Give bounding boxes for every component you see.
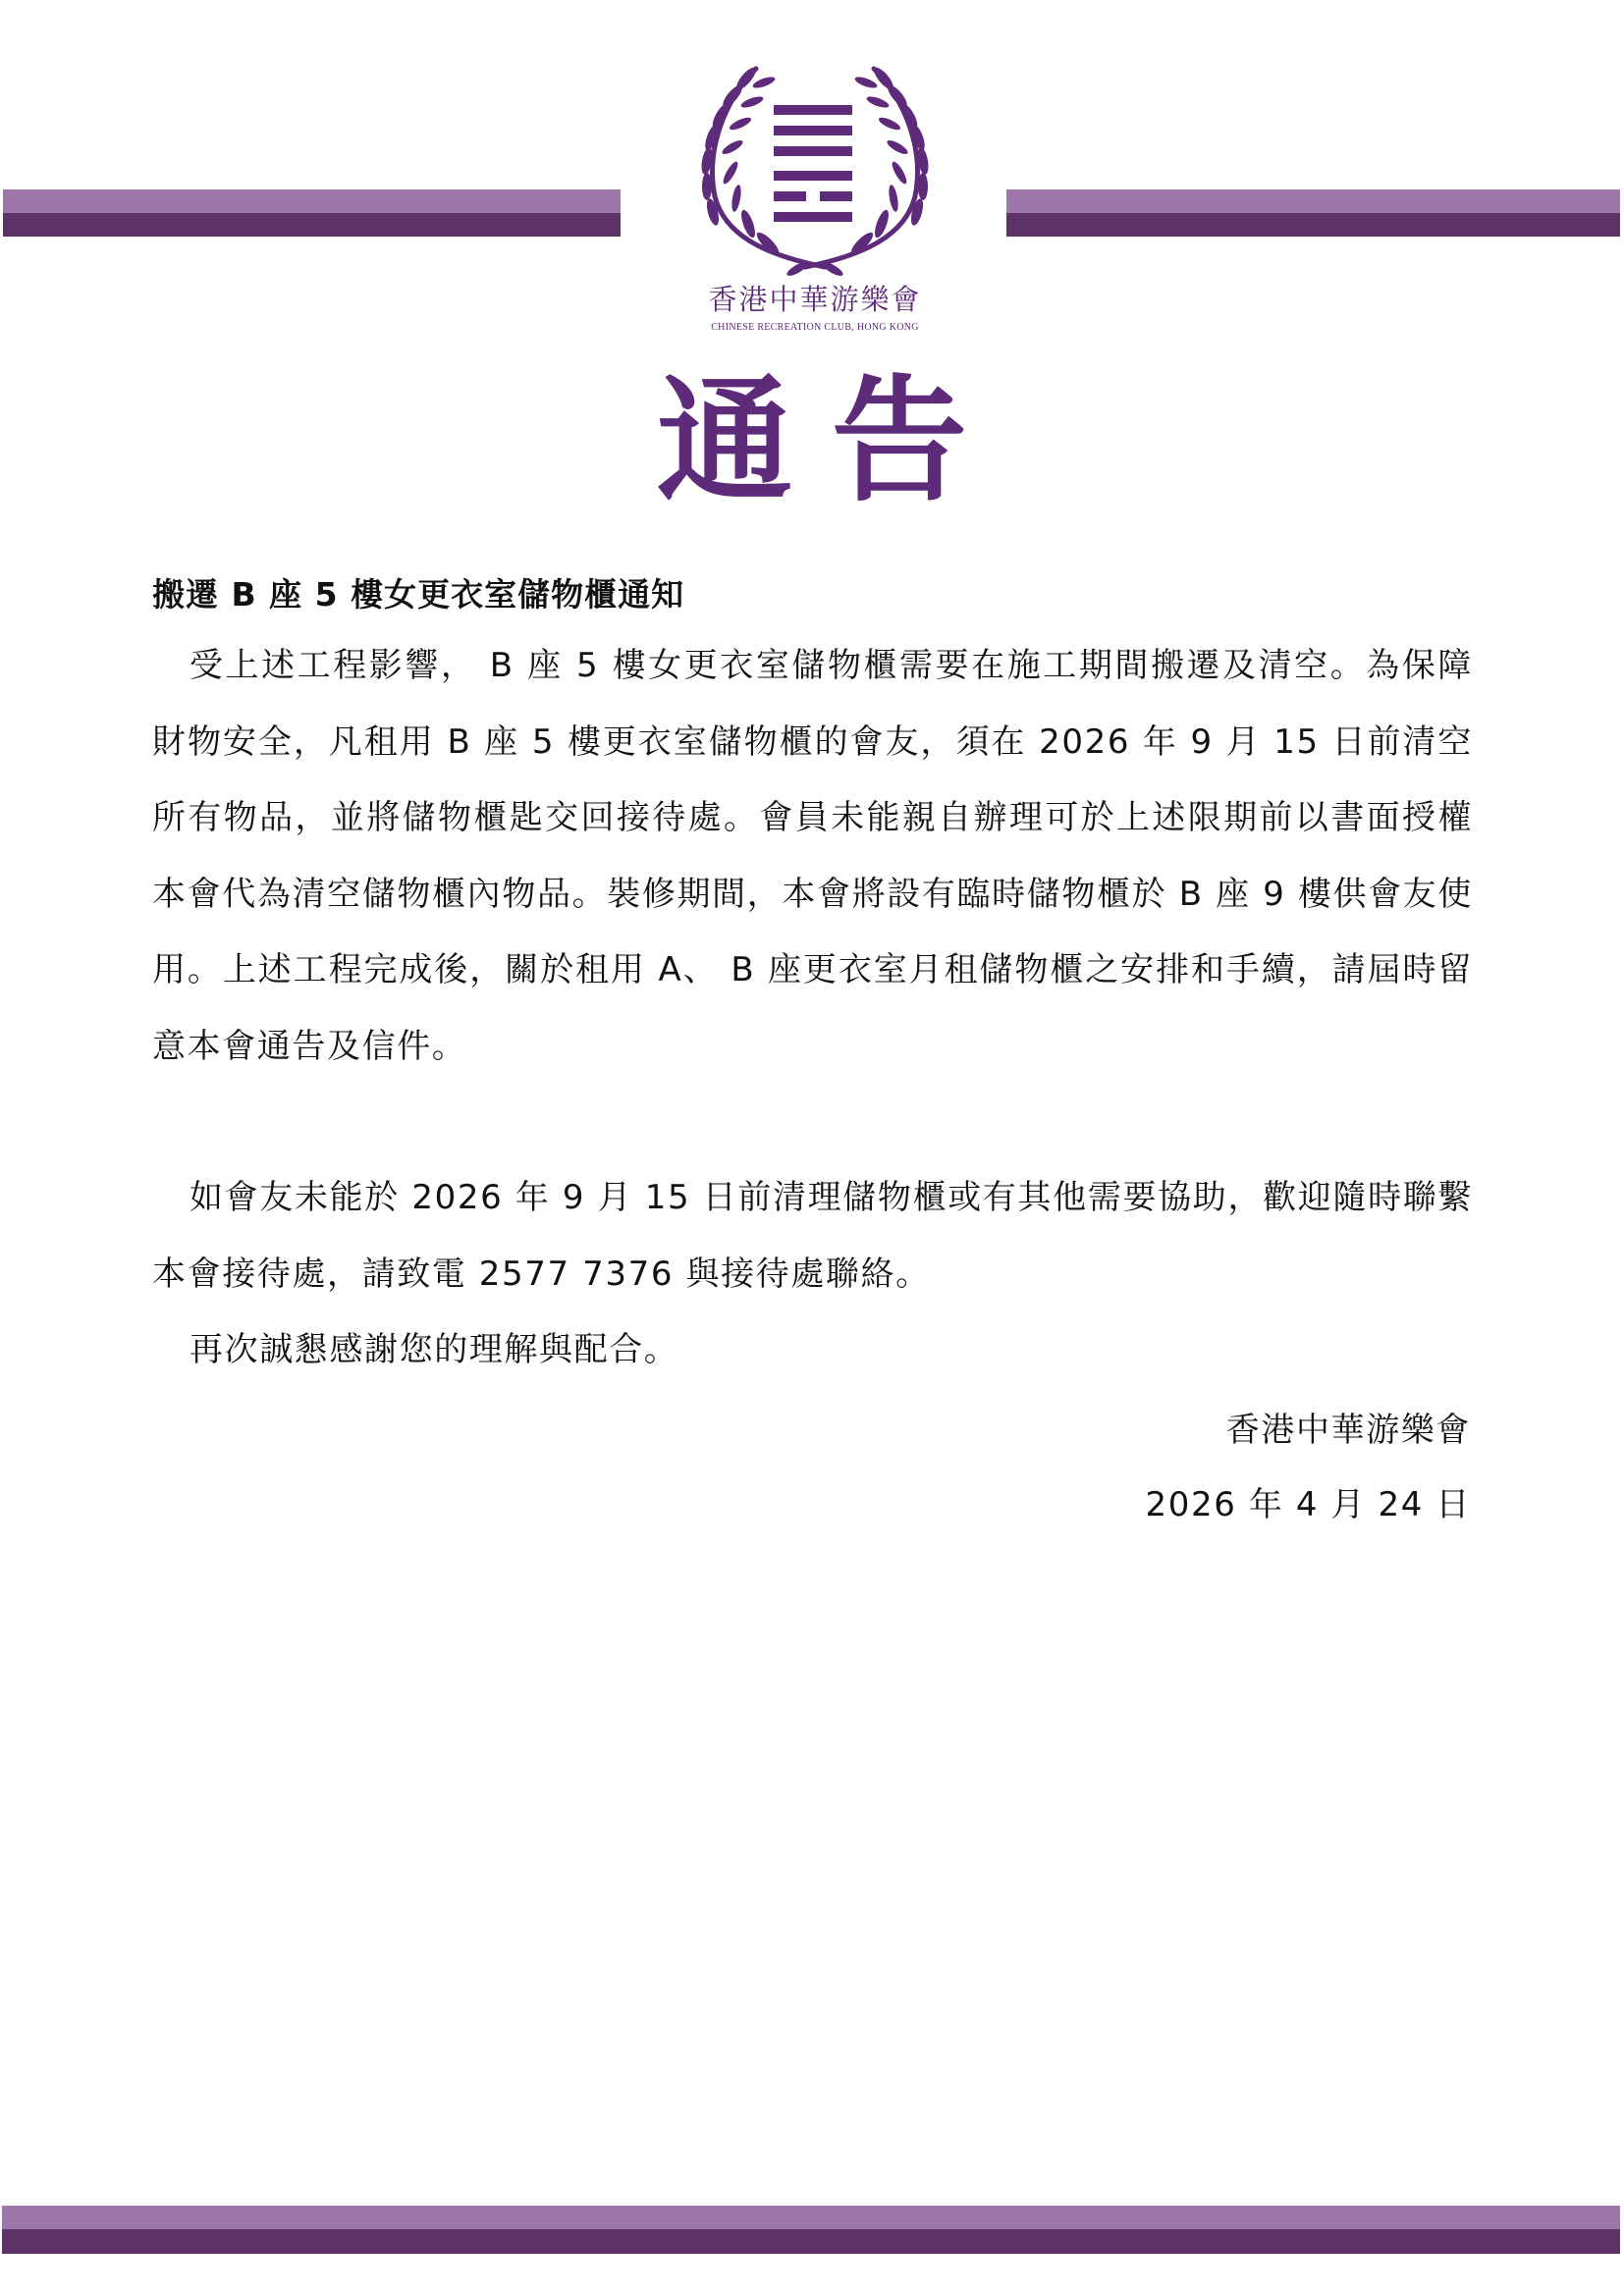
wreath-hexagram-icon — [687, 59, 943, 280]
band-dark-stripe — [3, 213, 621, 237]
footer-band — [2, 2206, 1620, 2254]
paragraph-contact: 如會友未能於 2026 年 9 月 15 日前清理儲物櫃或有其他需要協助，歡迎隨… — [152, 1160, 1473, 1312]
notice-heading: 搬遷 B 座 5 樓女更衣室儲物櫃通知 — [152, 569, 1473, 620]
band-dark-stripe — [2, 2229, 1620, 2254]
page-title: 通告 — [0, 358, 1624, 525]
band-light-stripe — [2, 2206, 1620, 2229]
club-logo: 香港中華游樂會 CHINESE RECREATION CLUB, HONG KO… — [687, 59, 943, 344]
band-light-stripe — [1006, 189, 1620, 213]
signature-date: 2026 年 4 月 24 日 — [882, 1480, 1471, 1529]
notice-body: 搬遷 B 座 5 樓女更衣室儲物櫃通知 受上述工程影響， B 座 5 樓女更衣室… — [152, 569, 1473, 1389]
logo-name-english: CHINESE RECREATION CLUB, HONG KONG — [687, 322, 943, 333]
paragraph-thanks: 再次誠懇感謝您的理解與配合。 — [152, 1312, 1473, 1389]
band-dark-stripe — [1006, 213, 1620, 237]
logo-name-chinese: 香港中華游樂會 — [687, 283, 943, 316]
band-light-stripe — [3, 189, 621, 213]
header-band-left — [3, 189, 621, 237]
header-band-right — [1006, 189, 1620, 237]
signature-organization: 香港中華游樂會 — [882, 1406, 1471, 1455]
paragraph-relocation: 受上述工程影響， B 座 5 樓女更衣室儲物櫃需要在施工期間搬遷及清空。為保障財… — [152, 628, 1473, 1085]
